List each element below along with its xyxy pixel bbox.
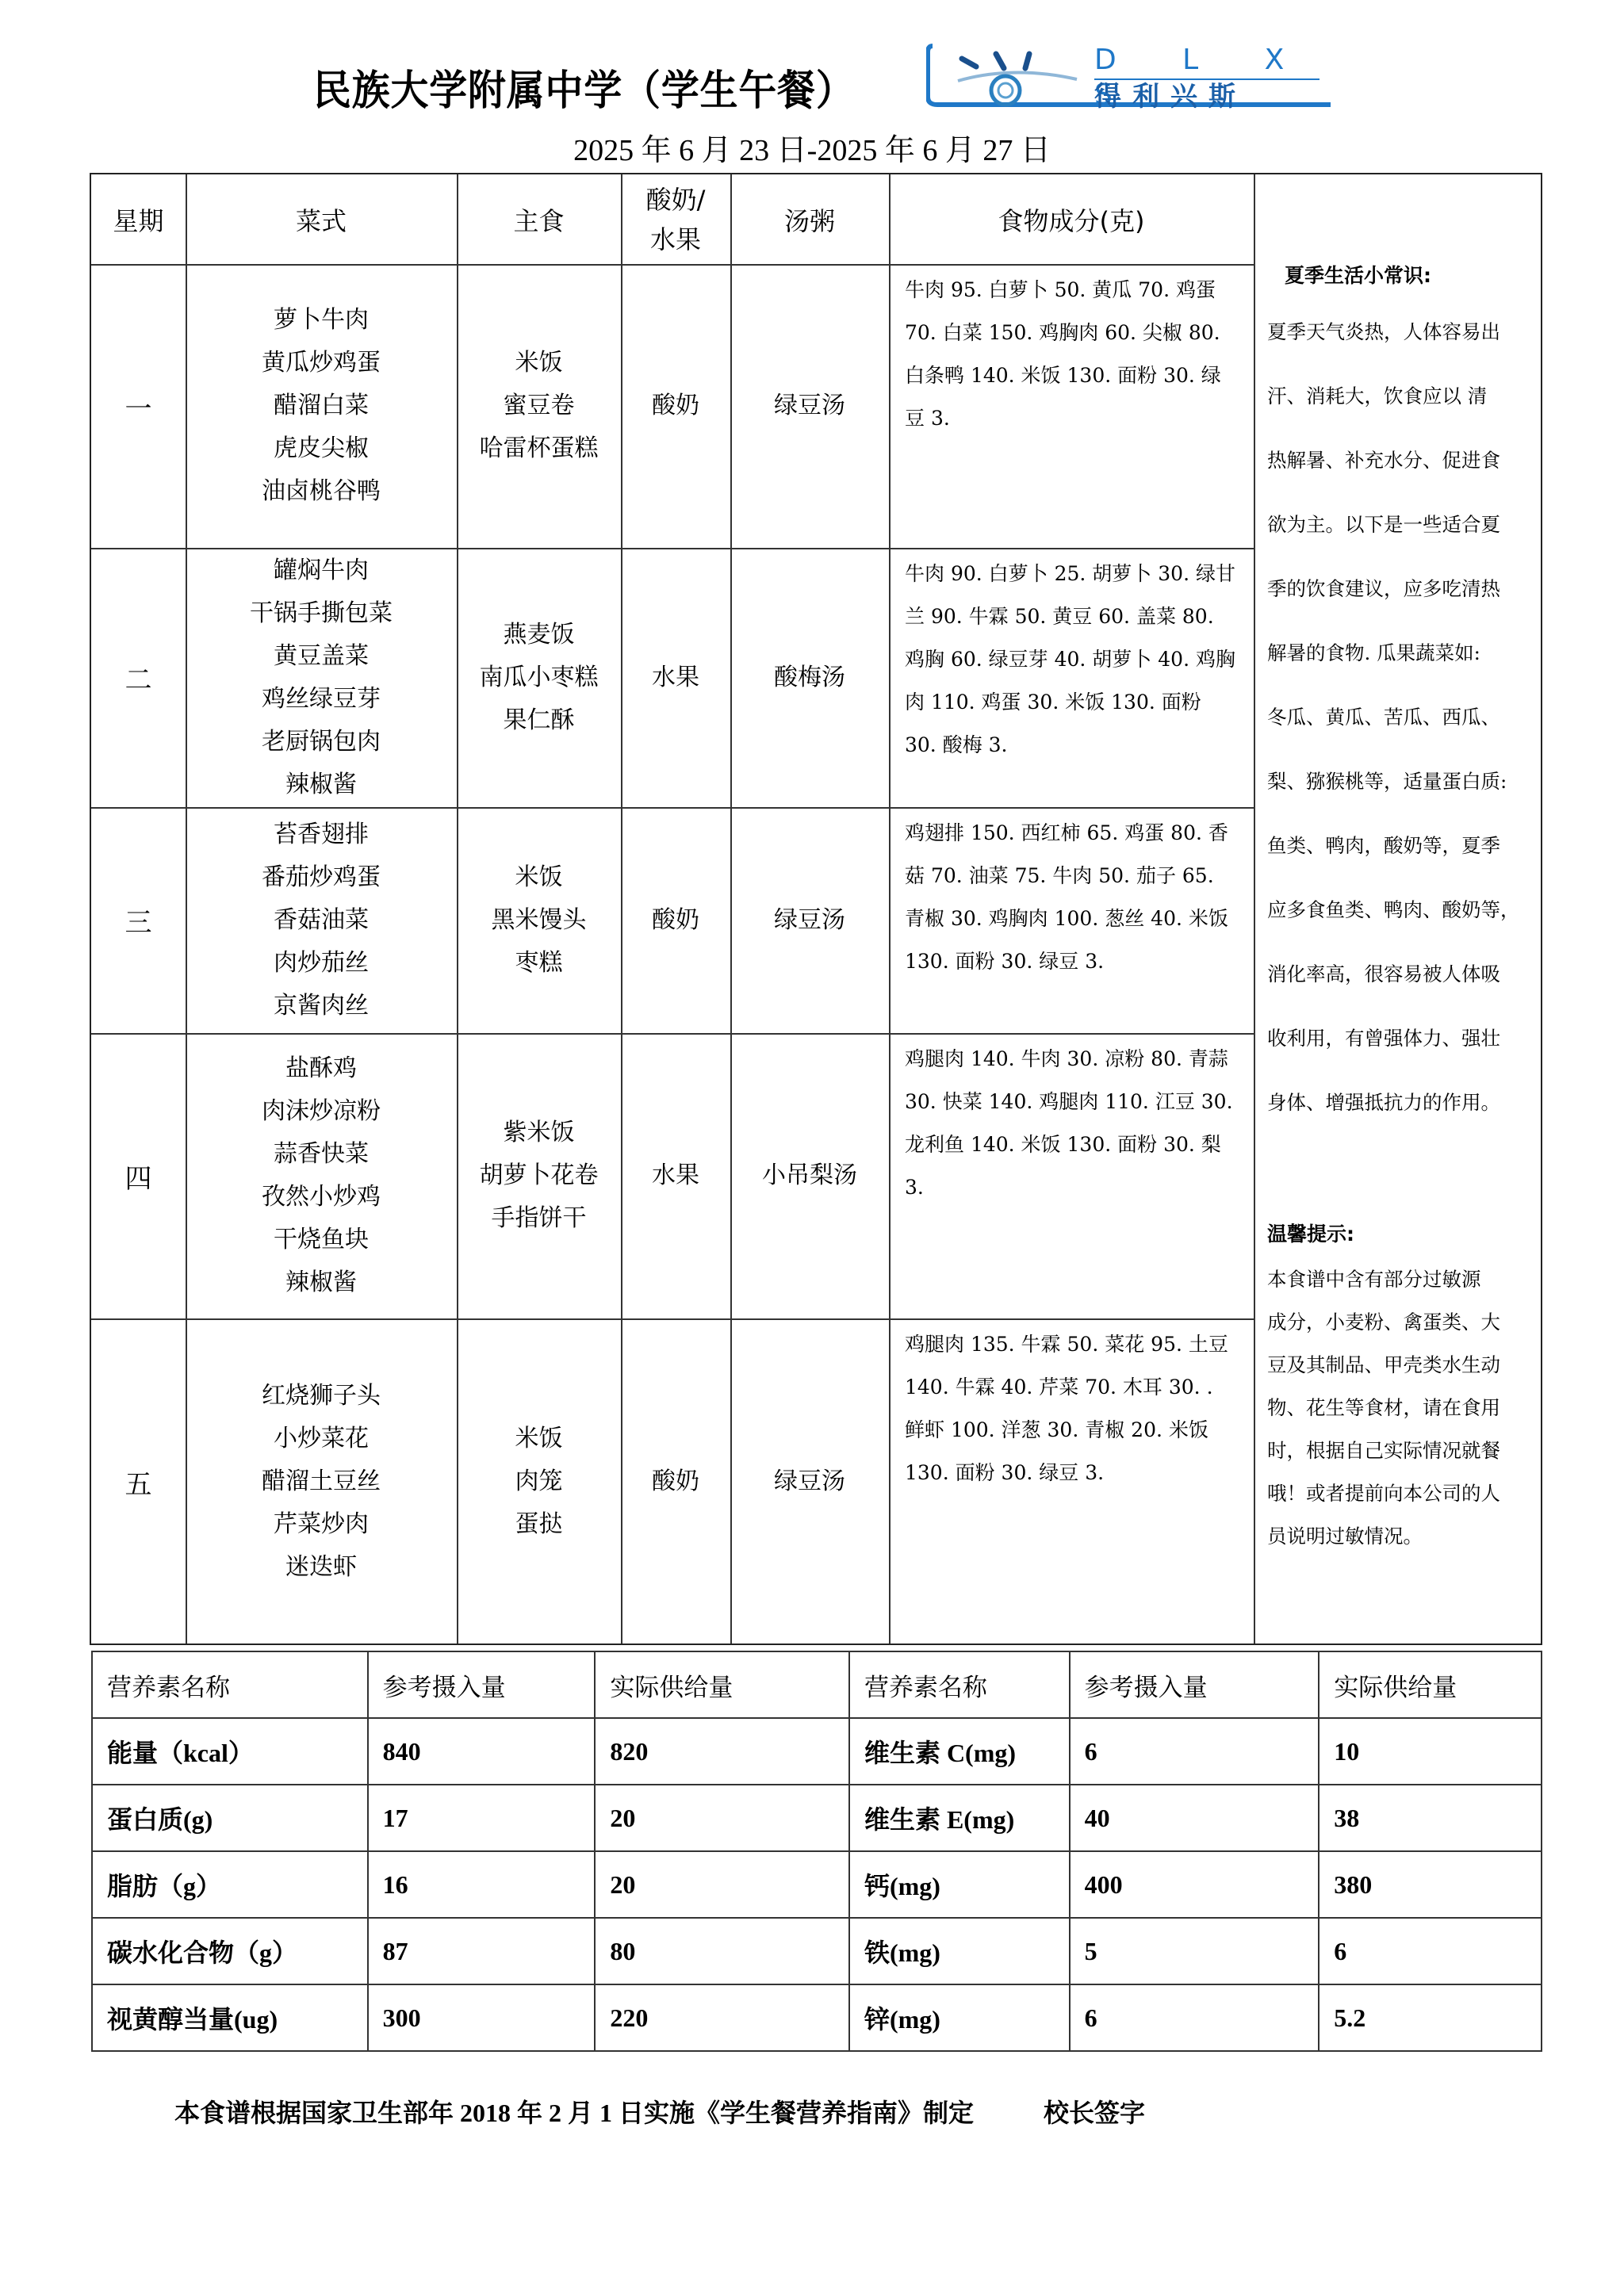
- staple-item: 南瓜小枣糕: [480, 656, 599, 699]
- ingredients-cell: 牛肉 95. 白萝卜 50. 黄瓜 70. 鸡蛋 70. 白菜 150. 鸡胸肉…: [889, 264, 1254, 548]
- tip-line: 鱼类、鸭肉，酸奶等，夏季: [1267, 813, 1530, 878]
- actual-supply: 20: [595, 1785, 849, 1851]
- header-yogurt-line2: 水果: [650, 220, 701, 259]
- nutrient-name: 锌(mg): [849, 1984, 1070, 2051]
- nutrition-header-row: 营养素名称 参考摄入量 实际供给量 营养素名称 参考摄入量 实际供给量: [92, 1651, 1542, 1718]
- nutrition-header: 实际供给量: [1319, 1651, 1542, 1718]
- warning-line: 物、花生等食材，请在食用: [1267, 1387, 1530, 1429]
- warning-line: 本食谱中含有部分过敏源: [1267, 1258, 1530, 1301]
- nutrient-name: 钙(mg): [849, 1851, 1070, 1918]
- tips-panel: 夏季生活小常识: 夏季天气炎热，人体容易出 汗、消耗大，饮食应以 清 热解暑、补…: [1254, 174, 1542, 1644]
- footer-note: 本食谱根据国家卫生部年 2018 年 2 月 1 日实施《学生餐营养指南》制定 …: [174, 2093, 1145, 2130]
- staple-item: 黑米馒头: [492, 899, 587, 942]
- day-cell: 三: [91, 807, 186, 1033]
- dish-item: 苔香翅排: [274, 813, 369, 856]
- header-ingredients: 食物成分(克): [889, 174, 1254, 264]
- dish-item: 孜然小炒鸡: [262, 1176, 381, 1219]
- nutrition-row: 视黄醇当量(ug) 300 220 锌(mg) 6 5.2: [92, 1984, 1542, 2051]
- staple-cell: 米饭 黑米馒头 枣糕: [457, 807, 621, 1033]
- actual-supply: 820: [595, 1718, 849, 1785]
- tip-line: 热解暑、补充水分、促进食: [1267, 428, 1530, 492]
- staple-item: 手指饼干: [492, 1197, 587, 1240]
- warning-line: 豆及其制品、甲壳类水生动: [1267, 1344, 1530, 1387]
- actual-supply: 20: [595, 1851, 849, 1918]
- actual-supply: 80: [595, 1918, 849, 1984]
- staple-item: 胡萝卜花卷: [480, 1154, 599, 1197]
- dish-item: 肉炒茄丝: [274, 942, 369, 985]
- dish-item: 红烧狮子头: [262, 1375, 381, 1418]
- dish-item: 肉沫炒凉粉: [262, 1090, 381, 1133]
- tip-line: 身体、增强抵抗力的作用。: [1267, 1070, 1530, 1135]
- staple-item: 蜜豆卷: [504, 385, 575, 427]
- nutrition-header: 实际供给量: [595, 1651, 849, 1718]
- staple-item: 紫米饭: [504, 1112, 575, 1154]
- header-yogurt-fruit: 酸奶/ 水果: [621, 174, 730, 264]
- ingredients-cell: 鸡腿肉 140. 牛肉 30. 凉粉 80. 青蒜 30. 快菜 140. 鸡腿…: [889, 1033, 1254, 1318]
- header-day: 星期: [91, 174, 186, 264]
- dish-item: 芹菜炒肉: [274, 1503, 369, 1546]
- staple-item: 哈雷杯蛋糕: [480, 427, 599, 470]
- dish-item: 迷迭虾: [285, 1546, 357, 1589]
- dish-item: 醋溜土豆丝: [262, 1460, 381, 1503]
- tip-line: 收利用，有曾强体力、强壮: [1267, 1006, 1530, 1070]
- dish-item: 黄豆盖菜: [274, 635, 369, 678]
- nutrition-table: 营养素名称 参考摄入量 实际供给量 营养素名称 参考摄入量 实际供给量 能量（k…: [91, 1651, 1542, 2052]
- ingredients-cell: 鸡腿肉 135. 牛霖 50. 菜花 95. 土豆 140. 牛霖 40. 芹菜…: [889, 1318, 1254, 1645]
- summer-tips-title: 夏季生活小常识:: [1267, 252, 1530, 300]
- nutrient-name: 视黄醇当量(ug): [92, 1984, 368, 2051]
- nutrient-name: 能量（kcal）: [92, 1718, 368, 1785]
- nutrient-name: 维生素 E(mg): [849, 1785, 1070, 1851]
- reference-intake: 840: [368, 1718, 596, 1785]
- actual-supply: 10: [1319, 1718, 1542, 1785]
- warning-line: 哦！或者提前向本公司的人: [1267, 1472, 1530, 1515]
- tip-line: 欲为主。以下是一些适合夏: [1267, 492, 1530, 557]
- allergy-warning: 温馨提示: 本食谱中含有部分过敏源 成分，小麦粉、禽蛋类、大 豆及其制品、甲壳类…: [1267, 1211, 1530, 1558]
- dishes-cell: 罐焖牛肉 干锅手撕包菜 黄豆盖菜 鸡丝绿豆芽 老厨锅包肉 辣椒酱: [186, 548, 457, 807]
- reference-intake: 16: [368, 1851, 596, 1918]
- day-cell: 四: [91, 1033, 186, 1318]
- dish-item: 黄瓜炒鸡蛋: [262, 342, 381, 385]
- warning-line: 时，根据自己实际情况就餐: [1267, 1429, 1530, 1472]
- yogurt-fruit-cell: 酸奶: [621, 1318, 730, 1645]
- reference-intake: 40: [1070, 1785, 1319, 1851]
- dishes-cell: 红烧狮子头 小炒菜花 醋溜土豆丝 芹菜炒肉 迷迭虾: [186, 1318, 457, 1645]
- day-cell: 二: [91, 548, 186, 807]
- page-title: 民族大学附属中学（学生午餐）: [313, 57, 855, 117]
- dish-item: 虎皮尖椒: [274, 427, 369, 470]
- warning-line: 成分，小麦粉、禽蛋类、大: [1267, 1301, 1530, 1344]
- dishes-cell: 苔香翅排 番茄炒鸡蛋 香菇油菜 肉炒茄丝 京酱肉丝: [186, 807, 457, 1033]
- tip-line: 汗、消耗大，饮食应以 清: [1267, 364, 1530, 428]
- yogurt-fruit-cell: 水果: [621, 1033, 730, 1318]
- footer-guideline-text: 本食谱根据国家卫生部年 2018 年 2 月 1 日实施《学生餐营养指南》制定: [174, 2099, 974, 2127]
- actual-supply: 38: [1319, 1785, 1542, 1851]
- dish-item: 小炒菜花: [274, 1418, 369, 1460]
- yogurt-fruit-cell: 水果: [621, 548, 730, 807]
- tip-line: 消化率高，很容易被人体吸: [1267, 942, 1530, 1006]
- ingredients-cell: 鸡翅排 150. 西红柿 65. 鸡蛋 80. 香菇 70. 油菜 75. 牛肉…: [889, 807, 1254, 1033]
- tip-line: 应多食鱼类、鸭肉、酸奶等，: [1267, 878, 1530, 942]
- staple-item: 燕麦饭: [504, 614, 575, 656]
- nutrition-header: 营养素名称: [92, 1651, 368, 1718]
- nutrition-row: 碳水化合物（g） 87 80 铁(mg) 5 6: [92, 1918, 1542, 1984]
- header-dishes: 菜式: [186, 174, 457, 264]
- company-logo: D L X S 得利兴斯: [926, 41, 1339, 108]
- reference-intake: 6: [1070, 1984, 1319, 2051]
- tip-line: 季的饮食建议，应多吃清热: [1267, 557, 1530, 621]
- staple-item: 米饭: [515, 856, 563, 899]
- nutrition-row: 能量（kcal） 840 820 维生素 C(mg) 6 10: [92, 1718, 1542, 1785]
- dish-item: 番茄炒鸡蛋: [262, 856, 381, 899]
- staple-item: 蛋挞: [515, 1503, 563, 1546]
- dish-item: 萝卜牛肉: [274, 299, 369, 342]
- dish-item: 辣椒酱: [285, 763, 357, 806]
- dish-item: 鸡丝绿豆芽: [262, 678, 381, 721]
- principal-signature-label: 校长签字: [1044, 2099, 1145, 2127]
- nutrition-row: 蛋白质(g) 17 20 维生素 E(mg) 40 38: [92, 1785, 1542, 1851]
- actual-supply: 6: [1319, 1918, 1542, 1984]
- ingredients-cell: 牛肉 90. 白萝卜 25. 胡萝卜 30. 绿甘兰 90. 牛霖 50. 黄豆…: [889, 548, 1254, 807]
- soup-cell: 绿豆汤: [730, 264, 889, 548]
- dish-item: 油卤桃谷鸭: [262, 470, 381, 513]
- day-cell: 五: [91, 1318, 186, 1645]
- summer-tips: 夏季生活小常识: 夏季天气炎热，人体容易出 汗、消耗大，饮食应以 清 热解暑、补…: [1267, 252, 1530, 1135]
- nutrition-row: 脂肪（g） 16 20 钙(mg) 400 380: [92, 1851, 1542, 1918]
- staple-item: 肉笼: [515, 1460, 563, 1503]
- date-range: 2025 年 6 月 23 日-2025 年 6 月 27 日: [0, 125, 1624, 169]
- nutrition-header: 参考摄入量: [368, 1651, 596, 1718]
- dish-item: 盐酥鸡: [285, 1047, 357, 1090]
- actual-supply: 380: [1319, 1851, 1542, 1918]
- nutrient-name: 维生素 C(mg): [849, 1718, 1070, 1785]
- staple-cell: 米饭 蜜豆卷 哈雷杯蛋糕: [457, 264, 621, 548]
- dishes-cell: 萝卜牛肉 黄瓜炒鸡蛋 醋溜白菜 虎皮尖椒 油卤桃谷鸭: [186, 264, 457, 548]
- nutrition-header: 营养素名称: [849, 1651, 1070, 1718]
- warning-line: 员说明过敏情况。: [1267, 1515, 1530, 1558]
- allergy-warning-title: 温馨提示:: [1267, 1211, 1530, 1258]
- staple-item: 果仁酥: [504, 699, 575, 742]
- reference-intake: 6: [1070, 1718, 1319, 1785]
- header-soup: 汤粥: [730, 174, 889, 264]
- dish-item: 香菇油菜: [274, 899, 369, 942]
- reference-intake: 17: [368, 1785, 596, 1851]
- staple-cell: 紫米饭 胡萝卜花卷 手指饼干: [457, 1033, 621, 1318]
- tip-line: 解暑的食物. 瓜果蔬菜如:: [1267, 621, 1530, 685]
- dish-item: 京酱肉丝: [274, 985, 369, 1027]
- dish-item: 干烧鱼块: [274, 1219, 369, 1261]
- logo-name: 得利兴斯: [1094, 75, 1247, 113]
- soup-cell: 绿豆汤: [730, 807, 889, 1033]
- reference-intake: 5: [1070, 1918, 1319, 1984]
- nutrient-name: 蛋白质(g): [92, 1785, 368, 1851]
- staple-item: 米饭: [515, 1418, 563, 1460]
- reference-intake: 400: [1070, 1851, 1319, 1918]
- weekly-menu-table: 星期 菜式 主食 酸奶/ 水果 汤粥 食物成分(克) 一 萝卜牛肉 黄瓜炒鸡蛋 …: [90, 173, 1542, 1645]
- dishes-cell: 盐酥鸡 肉沫炒凉粉 蒜香快菜 孜然小炒鸡 干烧鱼块 辣椒酱: [186, 1033, 457, 1318]
- nutrient-name: 脂肪（g）: [92, 1851, 368, 1918]
- soup-cell: 小吊梨汤: [730, 1033, 889, 1318]
- dish-item: 老厨锅包肉: [262, 721, 381, 763]
- tip-line: 夏季天气炎热，人体容易出: [1267, 300, 1530, 364]
- actual-supply: 5.2: [1319, 1984, 1542, 2051]
- staple-cell: 燕麦饭 南瓜小枣糕 果仁酥: [457, 548, 621, 807]
- actual-supply: 220: [595, 1984, 849, 2051]
- staple-item: 枣糕: [515, 942, 563, 985]
- reference-intake: 87: [368, 1918, 596, 1984]
- staple-item: 米饭: [515, 342, 563, 385]
- day-cell: 一: [91, 264, 186, 548]
- soup-cell: 酸梅汤: [730, 548, 889, 807]
- nutrition-header: 参考摄入量: [1070, 1651, 1319, 1718]
- tip-line: 冬瓜、黄瓜、苦瓜、西瓜、: [1267, 685, 1530, 749]
- staple-cell: 米饭 肉笼 蛋挞: [457, 1318, 621, 1645]
- yogurt-fruit-cell: 酸奶: [621, 807, 730, 1033]
- dish-item: 干锅手撕包菜: [250, 592, 393, 635]
- soup-cell: 绿豆汤: [730, 1318, 889, 1645]
- yogurt-fruit-cell: 酸奶: [621, 264, 730, 548]
- tip-line: 梨、猕猴桃等，适量蛋白质:: [1267, 749, 1530, 813]
- nutrient-name: 碳水化合物（g）: [92, 1918, 368, 1984]
- header-staple: 主食: [457, 174, 621, 264]
- dish-item: 辣椒酱: [285, 1261, 357, 1304]
- reference-intake: 300: [368, 1984, 596, 2051]
- nutrient-name: 铁(mg): [849, 1918, 1070, 1984]
- dish-item: 罐焖牛肉: [274, 549, 369, 592]
- dish-item: 醋溜白菜: [274, 385, 369, 427]
- header-yogurt-line1: 酸奶/: [646, 180, 706, 220]
- dish-item: 蒜香快菜: [274, 1133, 369, 1176]
